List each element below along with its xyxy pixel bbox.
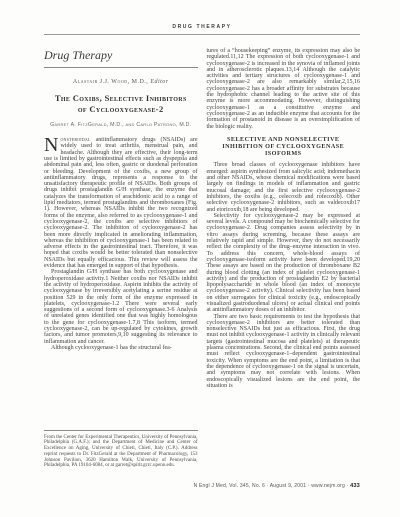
right-column-body: tures of a “housekeeping” enzyme, its ex…	[207, 48, 361, 389]
paragraph: Although cyclooxygenase-1 has the struct…	[44, 345, 198, 351]
header-rule	[44, 34, 360, 35]
affiliation-footnote: From the Center for Experimental Therape…	[44, 435, 198, 469]
article-columns: Drug Therapy Alastair J.J. Wood, M.D., E…	[44, 48, 360, 469]
paragraph-intro: Nonsteroidal antiinflammatory drugs (NSA…	[44, 137, 198, 269]
paragraph: Selectivity for cyclooxygenase-2 may be …	[207, 213, 361, 314]
running-head: DRUG THERAPY	[44, 24, 360, 30]
journal-citation: N Engl J Med, Vol. 345, No. 6 · August 9…	[194, 483, 349, 489]
paragraph: Prostaglandin G/H synthase has both cycl…	[44, 269, 198, 345]
left-column-body: Nonsteroidal antiinflammatory drugs (NSA…	[44, 137, 198, 351]
authors-line: Garret A. FitzGerald, M.D., and Carlo Pa…	[44, 122, 198, 128]
paragraph-intro-text: antiinflammatory drugs (NSAIDs) are wide…	[44, 137, 198, 269]
section-heading: SELECTIVE AND NONSELECTIVE INHIBITION OF…	[215, 136, 353, 158]
article-title-line2: of Cyclooxygenase-2	[44, 104, 198, 115]
left-column: Drug Therapy Alastair J.J. Wood, M.D., E…	[44, 48, 198, 469]
footnote-rule	[44, 430, 198, 431]
paragraph-intro-lead: onsteroidal	[60, 137, 90, 143]
paragraph: tures of a “housekeeping” enzyme, its ex…	[207, 48, 361, 130]
dropcap: N	[44, 137, 60, 154]
section-label: Drug Therapy	[44, 48, 198, 68]
page-number: 433	[350, 483, 360, 489]
paragraph: Three broad classes of cyclooxygenase in…	[207, 162, 361, 212]
editor-line: Alastair J.J. Wood, M.D., Editor	[44, 79, 198, 85]
article-title-line1: The Coxibs, Selective Inhibitors	[44, 93, 198, 104]
editor-name: Alastair J.J. Wood, M.D.,	[73, 79, 148, 85]
journal-page: DRUG THERAPY Drug Therapy Alastair J.J. …	[0, 0, 400, 517]
editor-word: Editor	[150, 79, 168, 85]
page-footer: N Engl J Med, Vol. 345, No. 6 · August 9…	[44, 483, 360, 489]
right-column: tures of a “housekeeping” enzyme, its ex…	[207, 48, 361, 469]
footnote-block: From the Center for Experimental Therape…	[44, 430, 198, 469]
paragraph: There are two basic requirements to test…	[207, 314, 361, 390]
article-title: The Coxibs, Selective Inhibitors of Cycl…	[44, 93, 198, 115]
